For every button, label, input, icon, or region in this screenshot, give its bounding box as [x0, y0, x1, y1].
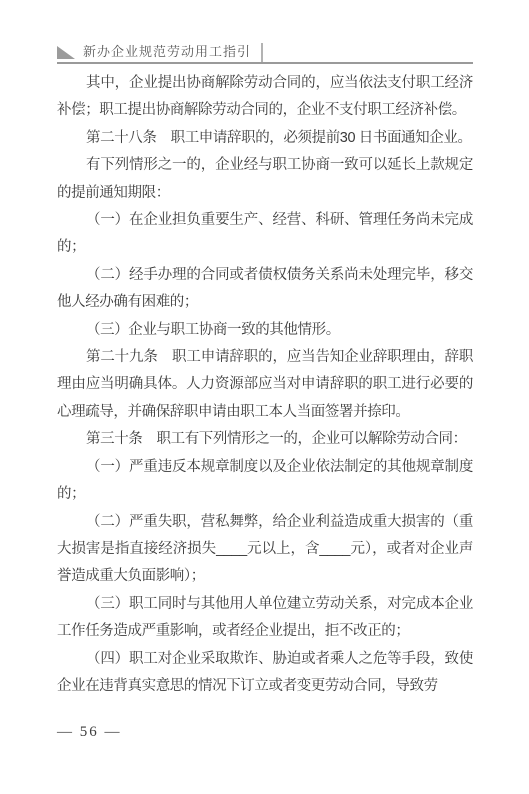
paragraph-7: 第二十九条 职工申请辞职的，应当告知企业辞职理由，辞职理由应当明确具体。人力资源…: [57, 344, 473, 426]
running-header: 新办企业规范劳动用工指引: [57, 40, 473, 64]
running-header-title: 新办企业规范劳动用工指引: [83, 41, 251, 60]
paragraph-10: （二）严重失职，营私舞弊，给企业利益造成重大损害的（重大损害是指直接经济损失__…: [57, 509, 473, 591]
body-text: 其中，企业提出协商解除劳动合同的，应当依法支付职工经济补偿；职工提出协商解除劳动…: [57, 70, 473, 700]
paragraph-9: （一）严重违反本规章制度以及企业依法制定的其他规章制度的；: [57, 454, 473, 509]
header-divider-bar: [261, 43, 263, 62]
paragraph-6: （三）企业与职工协商一致的其他情形。: [57, 317, 473, 344]
paragraph-4: （一）在企业担负重要生产、经营、科研、管理任务尚未完成的；: [57, 207, 473, 262]
paragraph-1: 其中，企业提出协商解除劳动合同的，应当依法支付职工经济补偿；职工提出协商解除劳动…: [57, 70, 473, 125]
book-page: 新办企业规范劳动用工指引 其中，企业提出协商解除劳动合同的，应当依法支付职工经济…: [0, 0, 529, 794]
page-number: — 56 —: [57, 724, 122, 741]
paragraph-5: （二）经手办理的合同或者债权债务关系尚未处理完毕，移交他人经办确有困难的；: [57, 262, 473, 317]
corner-triangle-icon: [57, 46, 75, 59]
paragraph-11: （三）职工同时与其他用人单位建立劳动关系，对完成本企业工作任务造成严重影响，或者…: [57, 591, 473, 646]
paragraph-12: （四）职工对企业采取欺诈、胁迫或者乘人之危等手段，致使企业在违背真实意思的情况下…: [57, 646, 473, 701]
paragraph-2: 第二十八条 职工申请辞职的，必须提前30 日书面通知企业。: [57, 125, 473, 152]
paragraph-3: 有下列情形之一的，企业经与职工协商一致可以延长上款规定的提前通知期限：: [57, 152, 473, 207]
paragraph-8: 第三十条 职工有下列情形之一的，企业可以解除劳动合同：: [57, 426, 473, 453]
